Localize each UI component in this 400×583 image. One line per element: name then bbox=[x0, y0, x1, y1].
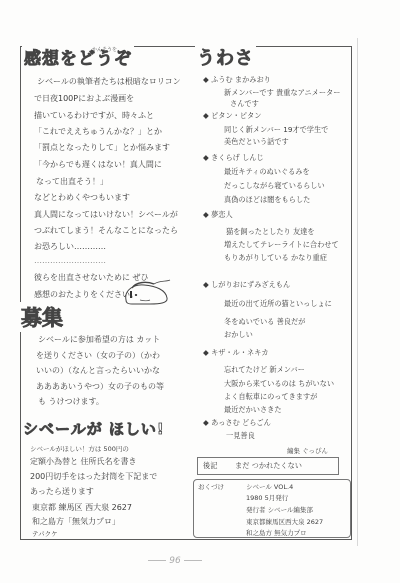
kansou-line: つぶれてしまう！そんなことになったら bbox=[34, 226, 178, 236]
rumor-item-line: 同じく新メンバー 19才で学生で bbox=[224, 125, 328, 134]
rumor-item-name: ◆ ふうむ まかみおり bbox=[203, 75, 271, 84]
rumor-item-line: さんです bbox=[230, 99, 259, 108]
diamond-bullet-icon: ◆ bbox=[203, 348, 209, 357]
boshuu-line: ああああいうやつ）女の子のもの等 bbox=[36, 382, 164, 392]
boshuu-heading: 募集 bbox=[19, 302, 65, 332]
rumor-item-line: だっこしながら寝ているらしい bbox=[224, 181, 325, 190]
kansou-heading: 感想をどうぞ bbox=[22, 44, 134, 69]
colophon-line: 東京都練馬区西大泉 2627 bbox=[246, 517, 323, 527]
rumor-item-name: ◆ あっさむ どらごん bbox=[203, 418, 271, 427]
kansou-line: 描いているわけですが、時々ふと bbox=[34, 111, 154, 121]
rumor-item-line: 一見善良 bbox=[226, 431, 255, 440]
hoshii-line: シベールがほしい！方は 500円の bbox=[30, 444, 129, 454]
kansou-heading-ruby: かんそうを bbox=[92, 46, 117, 53]
diamond-bullet-icon: ◆ bbox=[203, 418, 209, 427]
rumor-item-line: 冬をぬいでいる 善良だが bbox=[224, 317, 305, 326]
sleeping-creature-illustration bbox=[120, 276, 172, 306]
page-edge-shadow bbox=[357, 38, 358, 546]
rumor-item-line: 大阪から来ているのは ちがいない bbox=[224, 379, 334, 388]
rumor-item-line: もりあがりしている かなり重症 bbox=[224, 253, 327, 262]
rumor-item-line: おかしい bbox=[224, 330, 253, 339]
rumor-item-line: 最近だかいさきた bbox=[224, 405, 282, 414]
colophon-line: 1980 5月発行 bbox=[246, 493, 288, 503]
rumor-item-line: よく自転車にのってきますが bbox=[224, 392, 317, 401]
rumor-item-line: 美色だという話です bbox=[224, 137, 289, 146]
diamond-bullet-icon: ◆ bbox=[203, 153, 209, 162]
colophon-label: おくづけ bbox=[198, 482, 224, 492]
colophon-line: シベール VOL.4 bbox=[246, 482, 293, 492]
kansou-line: お恐ろしい………… bbox=[34, 242, 106, 252]
hoshii-address-line: 和之島方「無気力プロ」 bbox=[32, 517, 120, 527]
rumor-item-line: 猫を飼ったとしたり 友達を bbox=[226, 227, 315, 236]
kansou-line: 「罰点となったりして」とか悩みます bbox=[34, 143, 170, 153]
page-number: 96 bbox=[140, 556, 210, 566]
rumor-item-name: ◆ 夢恋人 bbox=[203, 210, 233, 219]
hoshii-line: 200円切手をはった封筒を下記まで bbox=[30, 472, 157, 482]
hoshii-address-line: 東京都 練馬区 西大泉 2627 bbox=[32, 503, 132, 513]
afterword-text: まだ つかれたくない bbox=[235, 461, 302, 470]
diamond-bullet-icon: ◆ bbox=[203, 75, 209, 84]
page-number-rule-left bbox=[148, 560, 166, 561]
rumor-item-line: 新メンバーです 貴重なアニメーター bbox=[224, 88, 340, 97]
kansou-line: などとわめくやつもいます bbox=[34, 193, 130, 203]
rumor-item-name: ◆ きくらげ しんじ bbox=[203, 153, 264, 162]
rumor-item-name: ◆ キザ・ル・ネキカ bbox=[203, 348, 269, 357]
colophon-line: 発行者 シベール編集部 bbox=[246, 505, 313, 515]
boshuu-line: も うけつけます。 bbox=[38, 397, 104, 407]
hoshii-address-line: テパクケ bbox=[32, 529, 58, 539]
rumor-item-line: 最近の出て近所の猫といっしょに bbox=[224, 299, 332, 308]
hoshii-line: 定額小為替と 住所氏名を書き bbox=[30, 457, 137, 467]
kansou-line: 真人間になってはいけない！シベールが bbox=[34, 210, 178, 220]
rumor-item-line: 増えたしてテレーライトに合わせて bbox=[224, 240, 339, 249]
hoshii-heading: シベールが ほしい! bbox=[21, 418, 167, 439]
hoshii-line: あったら送ります bbox=[30, 487, 94, 497]
diamond-bullet-icon: ◆ bbox=[203, 280, 209, 289]
rumor-item-line: 忘れてたけど 新メンバー bbox=[224, 365, 305, 374]
diamond-bullet-icon: ◆ bbox=[203, 111, 209, 120]
page-number-rule-right bbox=[184, 560, 202, 561]
editor-signature: 編集 ぐっぴん bbox=[287, 446, 328, 456]
rumor-item-line: 真偽のほどは闇をもらした bbox=[224, 195, 310, 204]
afterword-label: 後記 bbox=[203, 461, 217, 470]
boshuu-line: を送りください（女の子の）（かわ bbox=[36, 351, 160, 361]
kansou-line: で日夜100Pにおよぶ漫画を bbox=[34, 94, 134, 104]
rumor-item-line: 最近キティのぬいぐるみを bbox=[224, 167, 310, 176]
boshuu-line: いいの）（なんと言ったらいいかな bbox=[36, 366, 160, 376]
kansou-line: 「今からでも遅くはない！真人間に bbox=[34, 160, 162, 170]
rumor-item-name: ◆ ピタン・ピタン bbox=[203, 111, 261, 120]
boshuu-line: シベールに参加希望の方は カット bbox=[38, 335, 160, 345]
kansou-line: シベールの執筆者たちは根暗なロリコン bbox=[37, 77, 181, 87]
kansou-line: 「これでええちゅうんかな？」とか bbox=[34, 127, 162, 137]
kansou-line: ……………………… bbox=[34, 256, 106, 266]
rumor-item-name: ◆ しがりおにずみざえもん bbox=[203, 280, 290, 289]
kansou-line: なって出直そう！」 bbox=[36, 177, 108, 187]
colophon-line: 和之島方 無気力プロ bbox=[246, 528, 307, 538]
diamond-bullet-icon: ◆ bbox=[203, 210, 209, 219]
uwasa-heading: うわさ bbox=[195, 44, 256, 70]
